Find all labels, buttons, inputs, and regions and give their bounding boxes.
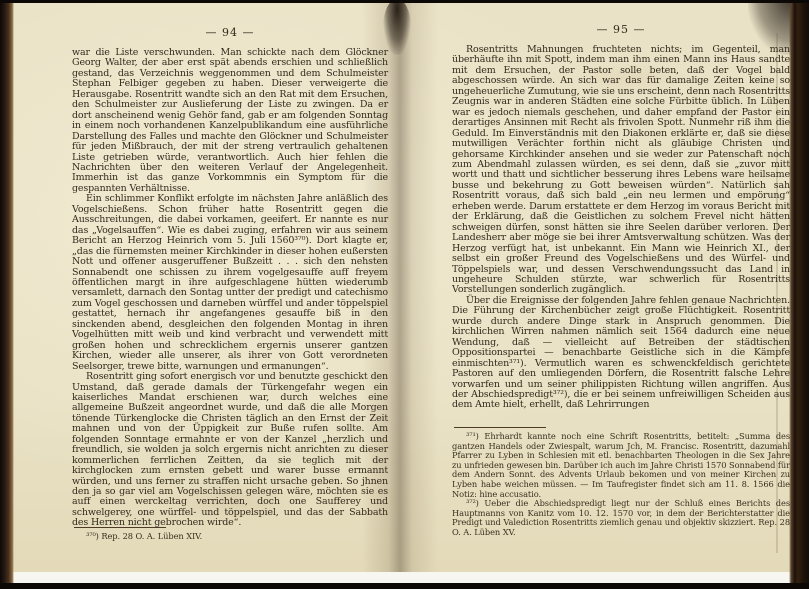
body-paragraph: Rosentritts Mahnungen fruchteten nichts;…: [452, 45, 790, 296]
scanner-background-strip: [10, 572, 799, 583]
page-95-body: Rosentritts Mahnungen fruchteten nichts;…: [452, 45, 790, 411]
footnote: ³⁷⁰) Rep. 28 O. A. Lüben XIV.: [72, 532, 388, 542]
scan-border-top: [0, 0, 809, 3]
page-94: — 94 — war die Liste verschwunden. Man s…: [72, 26, 388, 568]
footnote-rule: [454, 427, 546, 428]
page-94-body: war die Liste verschwunden. Man schickte…: [72, 48, 388, 529]
footnote-rule: [74, 527, 166, 528]
body-paragraph: Über die Ereignisse der folgenden Jahre …: [452, 296, 790, 411]
body-paragraph: war die Liste verschwunden. Man schickte…: [72, 48, 388, 194]
page-94-footnotes: ³⁷⁰) Rep. 28 O. A. Lüben XIV.: [72, 532, 388, 542]
page-95: — 95 — Rosentritts Mahnungen fruchteten …: [452, 23, 790, 571]
footnote: ³⁷²) Ueber die Abschiedspredigt liegt nu…: [452, 499, 790, 537]
footnote: ³⁷¹) Ehrhardt kannte noch eine Schrift R…: [452, 432, 790, 499]
body-paragraph: Rosentritt ging sofort energisch vor und…: [72, 372, 388, 529]
book-cover-edge-left: [0, 0, 14, 589]
book-cover-edge-right: [789, 0, 809, 589]
scan-border-bottom: [0, 583, 809, 589]
book-pages: — 94 — war die Liste verschwunden. Man s…: [10, 3, 792, 575]
body-paragraph: Ein schlimmer Konflikt erfolgte im nächs…: [72, 194, 388, 372]
page-number-right: — 95 —: [452, 23, 790, 36]
page-95-footnotes: ³⁷¹) Ehrhardt kannte noch eine Schrift R…: [452, 432, 790, 538]
book-scan: — 94 — war die Liste verschwunden. Man s…: [0, 0, 809, 589]
page-number-left: — 94 —: [72, 26, 388, 39]
